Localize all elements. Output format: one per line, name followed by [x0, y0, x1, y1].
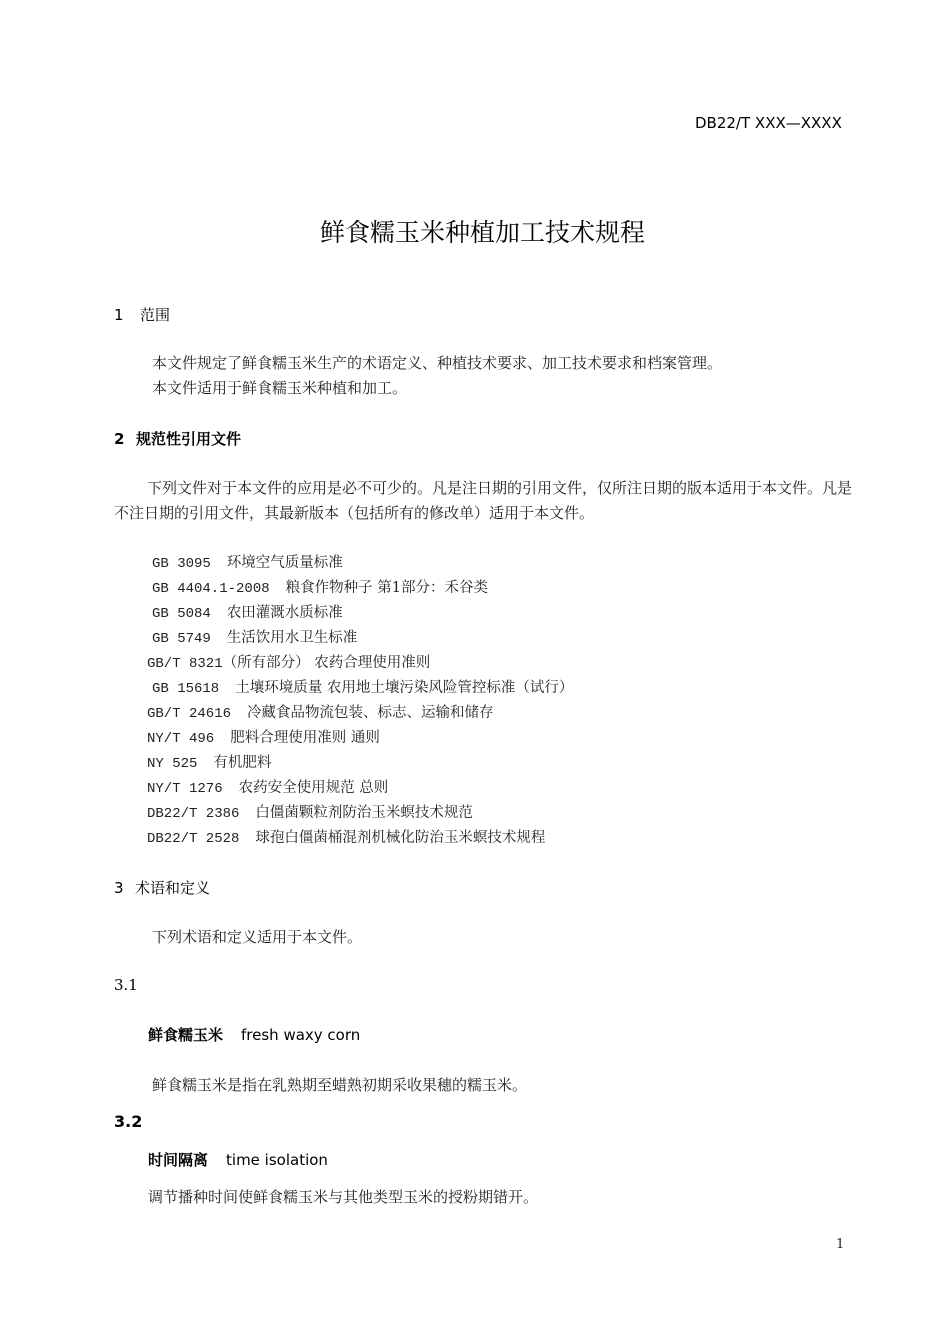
reference-item: NY/T 496肥料合理使用准则 通则	[147, 726, 380, 747]
document-page: DB22/T XXX—XXXX 鲜食糯玉米种植加工技术规程 1范围 本文件规定了…	[0, 0, 950, 1344]
scope-paragraph-2: 本文件适用于鲜食糯玉米种植和加工。	[152, 377, 407, 398]
section-title: 规范性引用文件	[136, 430, 241, 448]
term-en: time isolation	[226, 1151, 328, 1169]
normative-refs-intro: 下列文件对于本文件的应用是必不可少的。凡是注日期的引用文件，仅所注日期的版本适用…	[114, 476, 864, 526]
term-definition: 调节播种时间使鲜食糯玉米与其他类型玉米的授粉期错开。	[148, 1186, 538, 1207]
term-title: 时间隔离time isolation	[148, 1149, 328, 1170]
page-number: 1	[836, 1237, 844, 1252]
reference-item: GB/T 24616冷藏食品物流包装、标志、运输和储存	[147, 701, 494, 722]
standard-code: DB22/T XXX—XXXX	[695, 114, 842, 132]
term-number: 3.1	[114, 976, 138, 994]
terms-intro: 下列术语和定义适用于本文件。	[152, 926, 362, 947]
term-number: 3.2	[114, 1112, 142, 1131]
term-title: 鲜食糯玉米fresh waxy corn	[148, 1024, 360, 1045]
scope-paragraph-1: 本文件规定了鲜食糯玉米生产的术语定义、种植技术要求、加工技术要求和档案管理。	[152, 352, 722, 373]
section-heading-scope: 1范围	[114, 304, 170, 325]
reference-item: GB 5084农田灌溉水质标准	[152, 601, 343, 622]
reference-item: GB/T 8321（所有部分） 农药合理使用准则	[147, 651, 430, 672]
term-cn: 鲜食糯玉米	[148, 1026, 223, 1044]
reference-item: GB 4404.1-2008粮食作物种子 第1部分：禾谷类	[152, 576, 488, 597]
reference-item: GB 15618土壤环境质量 农用地土壤污染风险管控标准（试行）	[152, 676, 573, 697]
term-definition: 鲜食糯玉米是指在乳熟期至蜡熟初期采收果穗的糯玉米。	[152, 1074, 527, 1095]
section-number: 1	[114, 306, 140, 324]
section-title: 范围	[140, 306, 170, 324]
reference-item: DB22/T 2528球孢白僵菌桶混剂机械化防治玉米螟技术规程	[147, 826, 545, 847]
section-heading-normative-refs: 2规范性引用文件	[114, 428, 241, 449]
term-cn: 时间隔离	[148, 1151, 208, 1169]
section-number: 2	[114, 430, 136, 448]
reference-item: DB22/T 2386白僵菌颗粒剂防治玉米螟技术规范	[147, 801, 473, 822]
reference-item: GB 5749生活饮用水卫生标准	[152, 626, 357, 647]
reference-item: GB 3095环境空气质量标准	[152, 551, 343, 572]
reference-item: NY 525有机肥料	[147, 751, 271, 772]
term-en: fresh waxy corn	[241, 1026, 360, 1044]
section-title: 术语和定义	[135, 879, 210, 897]
section-heading-terms: 3术语和定义	[114, 877, 210, 898]
reference-item: NY/T 1276农药安全使用规范 总则	[147, 776, 388, 797]
section-number: 3	[114, 879, 135, 897]
document-title: 鲜食糯玉米种植加工技术规程	[320, 213, 645, 249]
